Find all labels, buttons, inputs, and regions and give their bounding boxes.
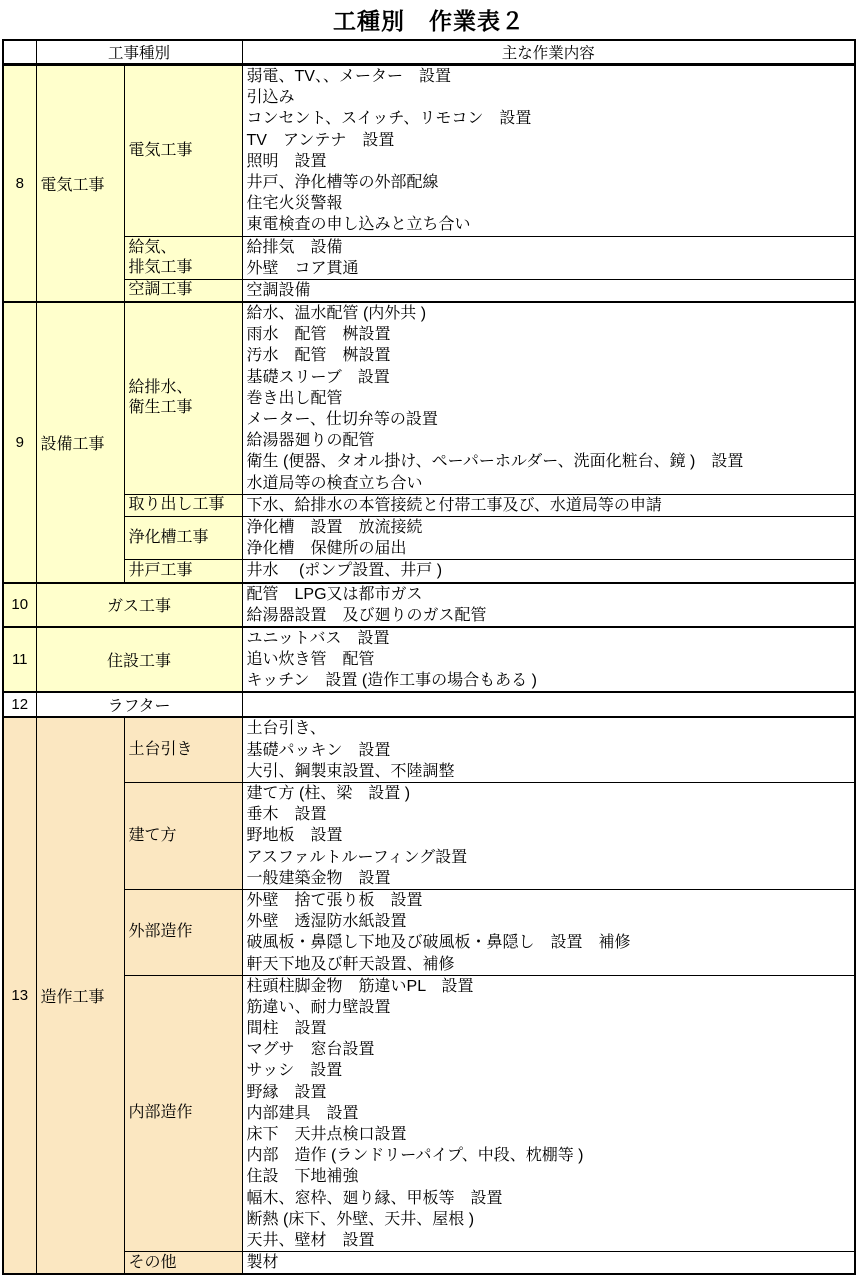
content-cell: 給排気 設備外壁 コア貫通 xyxy=(242,236,855,279)
subtype-line: 外部造作 xyxy=(129,922,242,942)
content-line: 垂木 設置 xyxy=(247,804,850,825)
content-cell xyxy=(242,692,855,717)
subtype-cell: 外部造作 xyxy=(124,889,242,975)
content-line: 引込み xyxy=(247,87,850,108)
content-line: 間柱 設置 xyxy=(247,1018,850,1039)
table-row: 建て方建て方 (柱、梁 設置 )垂木 設置野地板 設置アスファルトルーフィング設… xyxy=(3,783,855,890)
content-line: 土台引き、 xyxy=(247,718,850,739)
content-cell: 土台引き、基礎パッキン 設置大引、鋼製束設置、不陸調整 xyxy=(242,717,855,782)
subtype-cell: 取り出し工事 xyxy=(124,494,242,516)
table-row: 内部造作柱頭柱脚金物 筋違いPL 設置筋違い、耐力壁設置間柱 設置マグサ 窓台設… xyxy=(3,975,855,1251)
content-line: 大引、鋼製束設置、不陸調整 xyxy=(247,761,850,782)
content-line: 浄化槽 保健所の届出 xyxy=(247,538,850,559)
subtype-cell: 電気工事 xyxy=(124,65,242,237)
subtype-line: 空調工事 xyxy=(129,280,242,300)
subtype-line: 井戸工事 xyxy=(129,561,242,581)
content-line: 汚水 配管 桝設置 xyxy=(247,345,850,366)
content-line: 給湯器設置 及び廻りのガス配管 xyxy=(247,605,850,626)
content-cell: 浄化槽 設置 放流接続浄化槽 保健所の届出 xyxy=(242,516,855,559)
content-line: 野縁 設置 xyxy=(247,1082,850,1103)
subtype-cell: 内部造作 xyxy=(124,975,242,1251)
content-line: アスファルトルーフィング設置 xyxy=(247,847,850,868)
table-row: 井戸工事井水 (ポンプ設置、井戸 ) xyxy=(3,560,855,583)
table-row: 10ガス工事配管 LPG又は都市ガス給湯器設置 及び廻りのガス配管 xyxy=(3,583,855,627)
table-row: 空調工事空調設備 xyxy=(3,279,855,302)
content-line: 基礎スリーブ 設置 xyxy=(247,367,850,388)
category-cell: ラフター xyxy=(36,692,242,717)
subtype-line: 電気工事 xyxy=(129,141,242,161)
content-line: 照明 設置 xyxy=(247,151,850,172)
content-line: 給水、温水配管 (内外共 ) xyxy=(247,303,850,324)
content-line: 筋違い、耐力壁設置 xyxy=(247,997,850,1018)
table-row: 取り出し工事下水、給排水の本管接続と付帯工事及び、水道局等の申請 xyxy=(3,494,855,516)
content-line: 柱頭柱脚金物 筋違いPL 設置 xyxy=(247,976,850,997)
content-cell: 建て方 (柱、梁 設置 )垂木 設置野地板 設置アスファルトルーフィング設置一般… xyxy=(242,783,855,890)
content-line: 野地板 設置 xyxy=(247,825,850,846)
content-line: コンセント、スイッチ、リモコン 設置 xyxy=(247,108,850,129)
content-line: マグサ 窓台設置 xyxy=(247,1039,850,1060)
subtype-cell: 空調工事 xyxy=(124,279,242,302)
content-line: 井水 (ポンプ設置、井戸 ) xyxy=(247,560,850,581)
content-line: サッシ 設置 xyxy=(247,1060,850,1081)
row-number-cell: 13 xyxy=(3,717,36,1274)
content-line: 空調設備 xyxy=(247,280,850,301)
row-number-cell: 11 xyxy=(3,627,36,693)
row-number-cell: 9 xyxy=(3,302,36,582)
content-line: キッチン 設置 (造作工事の場合もある ) xyxy=(247,670,850,691)
content-line: 内部 造作 (ランドリーパイプ、中段、枕棚等 ) xyxy=(247,1145,850,1166)
content-line: 内部建具 設置 xyxy=(247,1103,850,1124)
content-line: 建て方 (柱、梁 設置 ) xyxy=(247,783,850,804)
content-line: 断熱 (床下、外壁、天井、屋根 ) xyxy=(247,1209,850,1230)
content-cell: 製材 xyxy=(242,1252,855,1275)
content-line: 給排気 設備 xyxy=(247,237,850,258)
category-cell: 電気工事 xyxy=(36,65,124,303)
content-line: 一般建築金物 設置 xyxy=(247,868,850,889)
content-line: 製材 xyxy=(247,1252,850,1273)
row-number-cell: 10 xyxy=(3,583,36,627)
content-line: 給湯器廻りの配管 xyxy=(247,430,850,451)
subtype-line: 排気工事 xyxy=(129,258,242,278)
content-line: TV アンテナ 設置 xyxy=(247,130,850,151)
content-line: 東電検査の申し込みと立ち合い xyxy=(247,214,850,235)
row-number-cell: 8 xyxy=(3,65,36,303)
content-line: 天井、壁材 設置 xyxy=(247,1230,850,1251)
subtype-cell: 浄化槽工事 xyxy=(124,516,242,559)
subtype-cell: 井戸工事 xyxy=(124,560,242,583)
content-line: 下水、給排水の本管接続と付帯工事及び、水道局等の申請 xyxy=(247,495,850,516)
content-cell: 給水、温水配管 (内外共 )雨水 配管 桝設置汚水 配管 桝設置基礎スリーブ 設… xyxy=(242,302,855,494)
header-content-cell: 主な作業内容 xyxy=(242,40,855,65)
content-line: 床下 天井点検口設置 xyxy=(247,1124,850,1145)
content-cell: 外壁 捨て張り板 設置外壁 透湿防水紙設置破風板・鼻隠し下地及び破風板・鼻隠し … xyxy=(242,889,855,975)
header-type-cell: 工事種別 xyxy=(36,40,242,65)
subtype-line: 浄化槽工事 xyxy=(129,528,242,548)
category-cell: 住設工事 xyxy=(36,627,242,693)
row-number-cell: 12 xyxy=(3,692,36,717)
content-line: 軒天下地及び軒天設置、補修 xyxy=(247,954,850,975)
content-line: 住宅火災警報 xyxy=(247,193,850,214)
content-cell: 弱電、TV、、メーター 設置引込みコンセント、スイッチ、リモコン 設置TV アン… xyxy=(242,65,855,237)
content-line: 外壁 コア貫通 xyxy=(247,258,850,279)
content-line: ユニットバス 設置 xyxy=(247,628,850,649)
content-cell: 柱頭柱脚金物 筋違いPL 設置筋違い、耐力壁設置間柱 設置マグサ 窓台設置サッシ… xyxy=(242,975,855,1251)
category-cell: ガス工事 xyxy=(36,583,242,627)
category-cell: 設備工事 xyxy=(36,302,124,582)
content-line: 雨水 配管 桝設置 xyxy=(247,324,850,345)
table-row: その他製材 xyxy=(3,1252,855,1275)
content-line: 巻き出し配管 xyxy=(247,388,850,409)
page-title: 工種別 作業表２ xyxy=(0,3,858,36)
content-line: 井戸、浄化槽等の外部配線 xyxy=(247,172,850,193)
subtype-line: 給気、 xyxy=(129,238,242,258)
content-line: 衛生 (便器、タオル掛け、ペーパーホルダー、洗面化粧台、鏡 ) 設置 xyxy=(247,451,850,472)
content-line: 弱電、TV、、メーター 設置 xyxy=(247,66,850,87)
table-row: 11住設工事ユニットバス 設置追い炊き管 配管キッチン 設置 (造作工事の場合も… xyxy=(3,627,855,693)
content-cell: 下水、給排水の本管接続と付帯工事及び、水道局等の申請 xyxy=(242,494,855,516)
subtype-line: 建て方 xyxy=(129,826,242,846)
table-row: 外部造作外壁 捨て張り板 設置外壁 透湿防水紙設置破風板・鼻隠し下地及び破風板・… xyxy=(3,889,855,975)
category-cell: 造作工事 xyxy=(36,717,124,1274)
table-row: 浄化槽工事浄化槽 設置 放流接続浄化槽 保健所の届出 xyxy=(3,516,855,559)
work-table: 工事種別 主な作業内容 8電気工事電気工事弱電、TV、、メーター 設置引込みコン… xyxy=(2,39,856,1275)
subtype-cell: その他 xyxy=(124,1252,242,1275)
subtype-cell: 給気、排気工事 xyxy=(124,236,242,279)
subtype-line: その他 xyxy=(129,1253,242,1273)
content-cell: 空調設備 xyxy=(242,279,855,302)
header-row: 工事種別 主な作業内容 xyxy=(3,40,855,65)
table-body: 8電気工事電気工事弱電、TV、、メーター 設置引込みコンセント、スイッチ、リモコ… xyxy=(3,65,855,1275)
content-cell: 井水 (ポンプ設置、井戸 ) xyxy=(242,560,855,583)
table-row: 8電気工事電気工事弱電、TV、、メーター 設置引込みコンセント、スイッチ、リモコ… xyxy=(3,65,855,237)
subtype-line: 取り出し工事 xyxy=(129,495,242,515)
table-row: 給気、排気工事給排気 設備外壁 コア貫通 xyxy=(3,236,855,279)
subtype-line: 衛生工事 xyxy=(129,398,242,418)
content-cell: ユニットバス 設置追い炊き管 配管キッチン 設置 (造作工事の場合もある ) xyxy=(242,627,855,693)
content-line: 配管 LPG又は都市ガス xyxy=(247,584,850,605)
header-number-cell xyxy=(3,40,36,65)
content-line: メーター、仕切弁等の設置 xyxy=(247,409,850,430)
content-cell: 配管 LPG又は都市ガス給湯器設置 及び廻りのガス配管 xyxy=(242,583,855,627)
table-row: 13造作工事土台引き土台引き、基礎パッキン 設置大引、鋼製束設置、不陸調整 xyxy=(3,717,855,782)
subtype-cell: 建て方 xyxy=(124,783,242,890)
content-line: 基礎パッキン 設置 xyxy=(247,740,850,761)
subtype-cell: 給排水、衛生工事 xyxy=(124,302,242,494)
content-line: 外壁 透湿防水紙設置 xyxy=(247,911,850,932)
subtype-cell: 土台引き xyxy=(124,717,242,782)
table-row: 9設備工事給排水、衛生工事給水、温水配管 (内外共 )雨水 配管 桝設置汚水 配… xyxy=(3,302,855,494)
content-line: 浄化槽 設置 放流接続 xyxy=(247,517,850,538)
subtype-line: 内部造作 xyxy=(129,1103,242,1123)
content-line: 破風板・鼻隠し下地及び破風板・鼻隠し 設置 補修 xyxy=(247,932,850,953)
subtype-line: 給排水、 xyxy=(129,378,242,398)
table-row: 12ラフター xyxy=(3,692,855,717)
content-line: 外壁 捨て張り板 設置 xyxy=(247,890,850,911)
content-line: 水道局等の検査立ち合い xyxy=(247,473,850,494)
content-line: 幅木、窓枠、廻り縁、甲板等 設置 xyxy=(247,1188,850,1209)
content-line: 追い炊き管 配管 xyxy=(247,649,850,670)
subtype-line: 土台引き xyxy=(129,740,242,760)
content-line: 住設 下地補強 xyxy=(247,1166,850,1187)
